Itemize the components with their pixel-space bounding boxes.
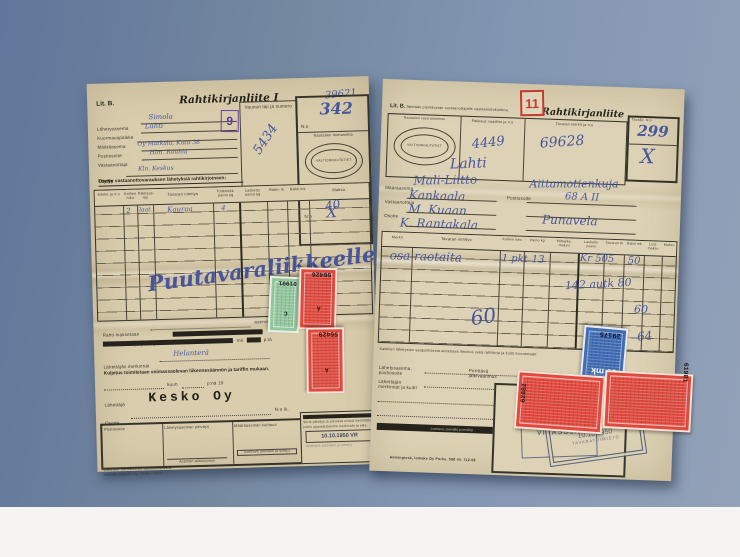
cell-hw: 4 [221, 204, 226, 212]
th: Rahti mk [625, 242, 643, 247]
th: Maksu [310, 187, 368, 193]
revenue-stamp-green: 01901 C [268, 276, 301, 333]
faint-stamp-line: (luettava (selvästi ja sileä)) [306, 443, 374, 449]
stamp-serial: 29175 [600, 329, 622, 339]
stamp-engraving [519, 376, 600, 429]
cell-hw: 13 [532, 254, 545, 265]
bth: Postiosoite [104, 426, 160, 432]
filled-bar [247, 337, 261, 342]
lower-blackbar-text: Luettava, (selvällä ja terällä) [431, 426, 473, 431]
stamp-engraving [303, 272, 332, 325]
bottom-note: (luettava (selvästi ja sileä)) [237, 448, 297, 456]
th: Paino kg [525, 239, 549, 244]
field-value: Lahti [145, 122, 164, 131]
freight-table: Merkit Tavaran nimitys Kollien luku Pain… [378, 231, 678, 353]
th: Merkit [384, 235, 410, 240]
number-box-value: 299 [637, 122, 669, 141]
railway-oval-inner: VALTIONRAUTATIET [311, 149, 357, 173]
no2-label: N:o ik. [275, 406, 289, 412]
railway-oval-stamp: VALTIONRAUTATIET [393, 126, 456, 166]
posti-hw3: Punavela [542, 212, 598, 228]
oval-caption: Rautatien tavaratoimisto [392, 116, 456, 122]
date-stamp: 10.10.1950 VR [305, 429, 373, 443]
route-number-stamp: 11 [520, 90, 544, 116]
lower-paragraph: Kaikkien lähetysten saapumisesta annetta… [379, 347, 549, 357]
stamp-engraving [311, 332, 340, 388]
no-cell: N:o 342 [297, 96, 368, 133]
railway-oval-stamp: VALTIONRAUTATIET [304, 142, 363, 180]
mk-label: mk [237, 338, 244, 343]
th: Rahti- lk [268, 187, 286, 192]
kuun-label: kuun [167, 382, 178, 387]
stamp-serial: 56429 [319, 330, 339, 337]
arrival-date-box: Siirtä päiväys ja pienissä erissä merkit… [300, 410, 379, 464]
revenue-stamp-red-2: 61981 [602, 370, 693, 433]
bottom-sign-label: Aseman allekirjoitus [167, 457, 227, 464]
vastaanottaja-hw: Mali-Liitto [413, 173, 477, 188]
posti-hw: Aittamotienkuja [529, 178, 618, 191]
filled-bar [173, 329, 263, 337]
cell-hw: 2 [126, 207, 131, 215]
th: Merkit ja n:o [96, 192, 122, 197]
box-wide-hw: 69628 [539, 133, 585, 152]
box-mid-label: Pakkaus vaadittu ja n:o [462, 119, 522, 125]
osoite-hw2: K. Rantakala [400, 216, 479, 233]
th: Mittayks. maksu [551, 240, 577, 249]
stamp-serial: 61981 [682, 363, 690, 383]
cell-hw: laat. [139, 206, 153, 213]
th: Rahti mk [288, 187, 308, 192]
table-column-line [547, 238, 552, 348]
pna-label: p:nä 19 [207, 380, 224, 386]
th: Laskettu paino kg [240, 188, 266, 197]
osoite-label: Osoite [384, 213, 398, 219]
railway-oval-text: VALTIONRAUTATIET [407, 144, 442, 149]
left-document: Lit. B. Rahtikirjanliite I 39621 Lähetys… [87, 76, 380, 472]
merkinnat-row: Lähettäjän merkinnät Helanterä [103, 350, 293, 364]
pia-label: p:iä [264, 337, 272, 342]
footprint-line2: Helsinki 1948/49 Oy - Nide - 49544 [104, 472, 164, 478]
addr-line [526, 230, 636, 235]
osoite-value: Kln. Keskus [138, 165, 174, 173]
th: Tavaran nimitys [155, 192, 211, 198]
bth: Lähetysaseman päiväys [164, 424, 230, 430]
bottom-table: Postiosoite Lähetysaseman päiväys Määräa… [100, 418, 303, 470]
lahetysasema-label: Lähetysasema, postiosoite [379, 365, 423, 377]
datebox-line2: joihin ajatuksistamme merkinnät ja aika [303, 424, 375, 430]
field-value: Oy Matkala, Katu 38 [137, 139, 200, 148]
th: Maksu [663, 244, 675, 248]
table-column-line [239, 187, 245, 317]
wagon-box-label: Vaunun laji ja numero [240, 101, 296, 112]
maaraasema-hw: Lahti [450, 155, 487, 172]
stamp-engraving [608, 375, 688, 427]
th: Tavaran nimitys [414, 236, 498, 244]
th: Kollien luku [501, 238, 523, 243]
number-box: Tavallp. N:o 299 X [626, 115, 680, 183]
signature-flourish: Puutavaraliikkeelle [146, 241, 376, 296]
table-column-line [659, 242, 664, 352]
th: Todennäk. paino kg [214, 189, 238, 198]
revenue-stamp-red-1: 56426 A [298, 267, 338, 330]
stamp-engraving [273, 281, 296, 328]
osoite2-line [131, 414, 271, 419]
lahettaja-label: Lähettäjä [105, 402, 125, 408]
th: Pakkaus- laji [138, 191, 153, 200]
revenue-stamp-red-1: 62882 [514, 370, 606, 434]
box-wide-label: Tavaran merkit ja n:o [526, 121, 622, 128]
railway-oval-inner: VALTIONRAUTATIET [400, 133, 450, 159]
wagon-number: 5434 [250, 122, 281, 158]
form-lit: Lit. B. [390, 103, 405, 110]
footprint: Helsingissä, lomake Oy Porke. 508 44. 71… [390, 455, 476, 462]
kesko-oy-stamp: Kesko Oy [148, 388, 235, 405]
th: Lisä- maksu [645, 243, 661, 251]
stamp-serial: 01901 [279, 279, 297, 287]
cell-hw-maksu: 40 [324, 197, 341, 213]
field-line [142, 157, 238, 161]
cell-hw: 50 [628, 256, 641, 267]
bth: Määräaseman kuittaus [234, 422, 296, 428]
field-label: Vastaanottaja [98, 162, 128, 168]
form-subtitle: Jätetään pientavaran vastaanottajalle va… [406, 105, 526, 113]
th: Laskettu paino [579, 241, 603, 250]
stamp-letter: C [284, 310, 288, 317]
cell-hw: 1 pkt [502, 253, 528, 265]
posti-hw2: 68 A II [565, 191, 600, 203]
stamp-letter: A [317, 305, 321, 312]
merkinnat-label: Lähettäjän merkinnät ja kuitit [378, 379, 422, 391]
cell-hw: Kr 505 [580, 253, 615, 265]
table-column-line [497, 236, 502, 346]
stamp-serial: 62882 [520, 383, 528, 403]
box-divider [522, 119, 525, 181]
posti-label: Postiosoite [507, 195, 531, 201]
oval-caption: Rautatien leimasimia [298, 130, 368, 138]
crossed-x: X [640, 144, 655, 168]
revenue-stamp-red-2: 56429 A [306, 327, 345, 393]
no-value: 342 [319, 99, 353, 119]
cell-hw: Kauraa [167, 205, 193, 214]
field-value: Simola [148, 113, 173, 122]
filled-bar [103, 338, 233, 347]
cell-hw-row3: 60 [634, 303, 648, 316]
railway-oval-text: VALTIONRAUTATIET [316, 159, 351, 164]
table-surface-bottom [0, 507, 740, 557]
merkinnat-line [159, 358, 269, 362]
th: Kollien luku [124, 192, 137, 201]
merkinnat-hw: Helanterä [173, 349, 209, 358]
field-value: Hlm. Rouhia [149, 148, 187, 156]
th: Tavaran lk [605, 242, 623, 247]
table-column-line [213, 188, 218, 318]
photograph: Lit. B. Rahtikirjanliite I 39621 Lähetys… [0, 0, 740, 557]
box-mid-hw: 4449 [471, 134, 505, 152]
right-document: Lit. B. Jätetään pientavaran vastaanotta… [369, 79, 684, 481]
route-number-stamp: 9 [221, 110, 239, 132]
merkinnat-label: Lähettäjän merkinnät [103, 363, 149, 369]
big-hw-60: 60 [469, 303, 498, 330]
table-column-line [153, 189, 158, 319]
no-label: N:o [301, 124, 309, 129]
form-lit: Lit. B. [96, 100, 114, 108]
stamp-serial: 56426 [312, 270, 332, 277]
cell-hw: osa raotaita [390, 248, 463, 265]
stamp-letter: A [325, 366, 329, 373]
cell-hw-row4: 64 [636, 328, 653, 344]
